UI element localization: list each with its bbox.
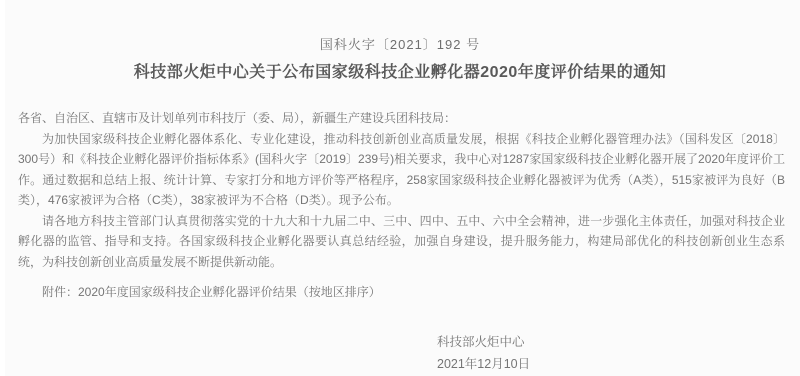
attachment-line: 附件：2020年度国家级科技企业孵化器评价结果（按地区排序） bbox=[18, 282, 785, 303]
document-title: 科技部火炬中心关于公布国家级科技企业孵化器2020年度评价结果的通知 bbox=[0, 59, 800, 82]
salutation-line: 各省、自治区、直辖市及计划单列市科技厅（委、局），新疆生产建设兵团科技局： bbox=[18, 108, 785, 129]
signature-issuer: 科技部火炬中心 bbox=[437, 331, 800, 353]
paragraph-requirements: 请各地方科技主管部门认真贯彻落实党的十九大和十九届二中、三中、四中、五中、六中全… bbox=[18, 211, 785, 273]
paragraph-evaluation-results: 为加快国家级科技企业孵化器体系化、专业化建设，推动科技创新创业高质量发展，根据《… bbox=[18, 129, 785, 211]
document-body: 各省、自治区、直辖市及计划单列市科技厅（委、局），新疆生产建设兵团科技局： 为加… bbox=[0, 82, 800, 303]
signature-date: 2021年12月10日 bbox=[437, 353, 800, 375]
document-number: 国科火字〔2021〕192 号 bbox=[0, 0, 800, 53]
signature-block: 科技部火炬中心 2021年12月10日 bbox=[437, 331, 800, 375]
notice-document: 国科火字〔2021〕192 号 科技部火炬中心关于公布国家级科技企业孵化器202… bbox=[0, 0, 800, 376]
